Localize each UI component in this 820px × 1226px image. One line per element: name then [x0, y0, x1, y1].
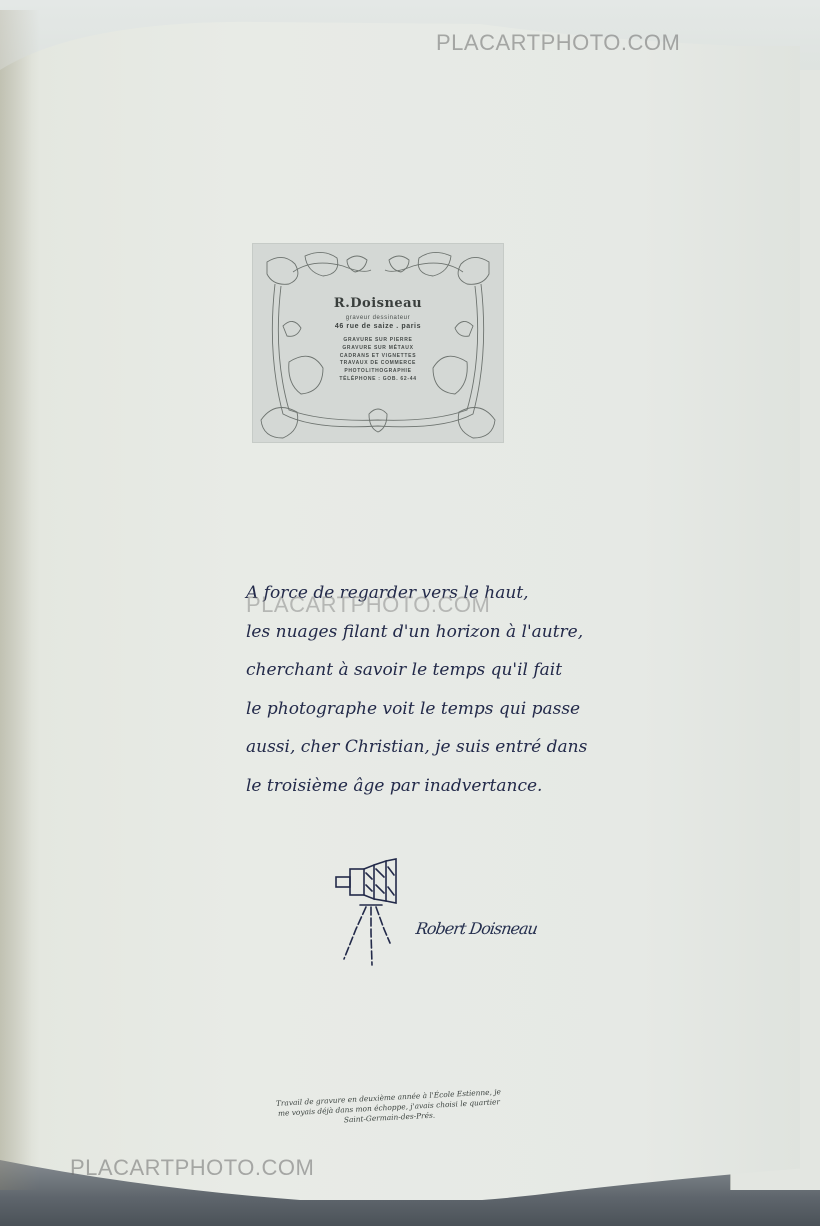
card-service: Photolithographie — [253, 368, 503, 376]
signature: Robert Doisneau — [415, 919, 539, 938]
card-service: Téléphone : Gob. 62-44 — [253, 376, 503, 384]
card-name: R.Doisneau — [253, 296, 503, 311]
card-services-list: Gravure sur pierre Gravure sur métaux Ca… — [253, 337, 503, 384]
card-address: 46 rue de Saize . Paris — [253, 323, 503, 330]
letter-line: cherchant à savoir le temps qu'il fait — [246, 655, 686, 694]
signature-block: Robert Doisneau — [330, 855, 610, 975]
letter-line: les nuages filant d'un horizon à l'autre… — [246, 617, 686, 656]
watermark-bottom: PLACARTPHOTO.COM — [70, 1155, 314, 1181]
letter-line: le photographe voit le temps qui passe — [246, 694, 686, 733]
letter-line: le troisième âge par inadvertance. — [246, 771, 686, 810]
card-service: Cadrans et vignettes — [253, 353, 503, 361]
watermark-top: PLACARTPHOTO.COM — [436, 30, 680, 56]
camera-tripod-drawing-icon — [330, 855, 450, 975]
watermark-middle: PLACARTPHOTO.COM — [246, 592, 490, 618]
business-card-reproduction: R.Doisneau graveur dessinateur 46 rue de… — [252, 243, 504, 443]
card-service: Gravure sur pierre — [253, 337, 503, 345]
card-profession: graveur dessinateur — [253, 315, 503, 321]
letter-line: aussi, cher Christian, je suis entré dan… — [246, 732, 686, 771]
card-service: Gravure sur métaux — [253, 345, 503, 353]
card-service: Travaux de commerce — [253, 360, 503, 368]
